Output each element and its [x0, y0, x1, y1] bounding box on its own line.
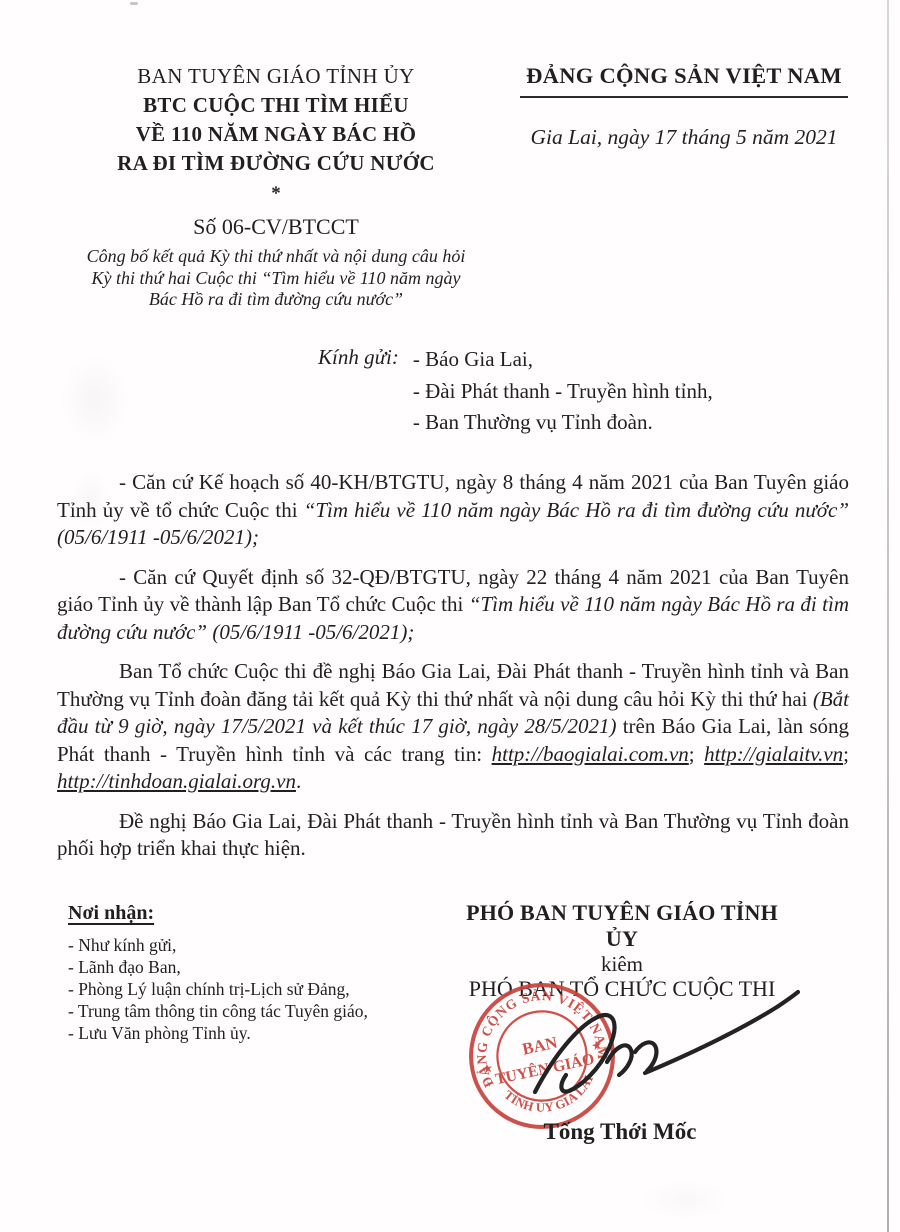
- paragraph-text: Đề nghị Báo Gia Lai, Đài Phát thanh - Tr…: [57, 809, 849, 861]
- copy-recipients-block: Nơi nhận: - Như kính gửi, - Lãnh đạo Ban…: [68, 902, 368, 1044]
- org-name-line1: BTC CUỘC THI TÌM HIỂU: [80, 91, 472, 120]
- signature-stroke: [535, 1015, 615, 1092]
- scanned-official-letter: BAN TUYÊN GIÁO TỈNH ỦY BTC CUỘC THI TÌM …: [0, 0, 900, 1232]
- org-name-line2: VỀ 110 NĂM NGÀY BÁC HỒ: [80, 120, 472, 149]
- paragraph-request: Ban Tổ chức Cuộc thi đề nghị Báo Gia Lai…: [57, 658, 849, 796]
- party-header-block: ĐẢNG CỘNG SẢN VIỆT NAM Gia Lai, ngày 17 …: [508, 62, 860, 150]
- paragraph-closing: Đề nghị Báo Gia Lai, Đài Phát thanh - Tr…: [57, 808, 849, 863]
- paragraph-basis-2: - Căn cứ Quyết định số 32-QĐ/BTGTU, ngày…: [57, 564, 849, 647]
- copy-recipient-item: - Trung tâm thông tin công tác Tuyên giá…: [68, 1000, 368, 1022]
- recipient-item: - Ban Thường vụ Tỉnh đoàn.: [413, 407, 713, 439]
- org-name-line3: RA ĐI TÌM ĐƯỜNG CỨU NƯỚC: [80, 149, 472, 178]
- url-gialaitv: http://gialaitv.vn: [704, 742, 843, 766]
- signer-title-primary: PHÓ BAN TUYÊN GIÁO TỈNH ỦY: [452, 900, 792, 952]
- signature-stroke: [645, 992, 798, 1073]
- recipient-item: - Đài Phát thanh - Truyền hình tỉnh,: [413, 376, 713, 408]
- recipients-list: - Báo Gia Lai, - Đài Phát thanh - Truyền…: [413, 344, 713, 439]
- recipient-item: - Báo Gia Lai,: [413, 344, 713, 376]
- party-name: ĐẢNG CỘNG SẢN VIỆT NAM: [508, 62, 860, 90]
- scan-edge-line: [887, 0, 889, 1232]
- copy-recipient-item: - Như kính gửi,: [68, 934, 368, 956]
- recipients-block: Kính gửi: - Báo Gia Lai, - Đài Phát than…: [318, 344, 713, 439]
- star-separator: *: [80, 182, 472, 206]
- document-subject: Công bố kết quả Kỳ thi thứ nhất và nội d…: [80, 246, 472, 311]
- issuing-org-block: BAN TUYÊN GIÁO TỈNH ỦY BTC CUỘC THI TÌM …: [80, 62, 472, 311]
- url-separator: ;: [843, 742, 849, 766]
- signature-stroke: [635, 1042, 656, 1071]
- handwritten-signature: [515, 972, 815, 1107]
- signature-stroke: [607, 1045, 632, 1075]
- letter-body: - Căn cứ Kế hoạch số 40-KH/BTGTU, ngày 8…: [57, 469, 849, 875]
- scan-speck: [130, 2, 138, 5]
- url-separator: ;: [689, 742, 704, 766]
- copy-recipient-item: - Lãnh đạo Ban,: [68, 956, 368, 978]
- recipients-label: Kính gửi:: [318, 344, 399, 439]
- paragraph-text: Ban Tổ chức Cuộc thi đề nghị Báo Gia Lai…: [57, 659, 849, 711]
- scan-smudge: [640, 1180, 730, 1220]
- paragraph-basis-1: - Căn cứ Kế hoạch số 40-KH/BTGTU, ngày 8…: [57, 469, 849, 552]
- document-number: Số 06-CV/BTCCT: [80, 213, 472, 240]
- seal-star-left-icon: ★: [481, 1061, 495, 1077]
- party-name-underline: [520, 96, 848, 98]
- scan-smudge: [60, 355, 130, 445]
- copy-recipient-item: - Lưu Văn phòng Tỉnh ủy.: [68, 1022, 368, 1044]
- signer-name: Tống Thới Mốc: [500, 1119, 740, 1145]
- url-baogialai: http://baogialai.com.vn: [492, 742, 689, 766]
- parent-org-name: BAN TUYÊN GIÁO TỈNH ỦY: [80, 62, 472, 91]
- sentence-end: .: [296, 769, 301, 793]
- copy-recipients-label: Nơi nhận:: [68, 902, 368, 925]
- copy-recipient-item: - Phòng Lý luận chính trị-Lịch sử Đảng,: [68, 978, 368, 1000]
- url-tinhdoan: http://tinhdoan.gialai.org.vn: [57, 769, 296, 793]
- place-and-date: Gia Lai, ngày 17 tháng 5 năm 2021: [508, 125, 860, 150]
- copy-recipients-list: - Như kính gửi, - Lãnh đạo Ban, - Phòng …: [68, 934, 368, 1044]
